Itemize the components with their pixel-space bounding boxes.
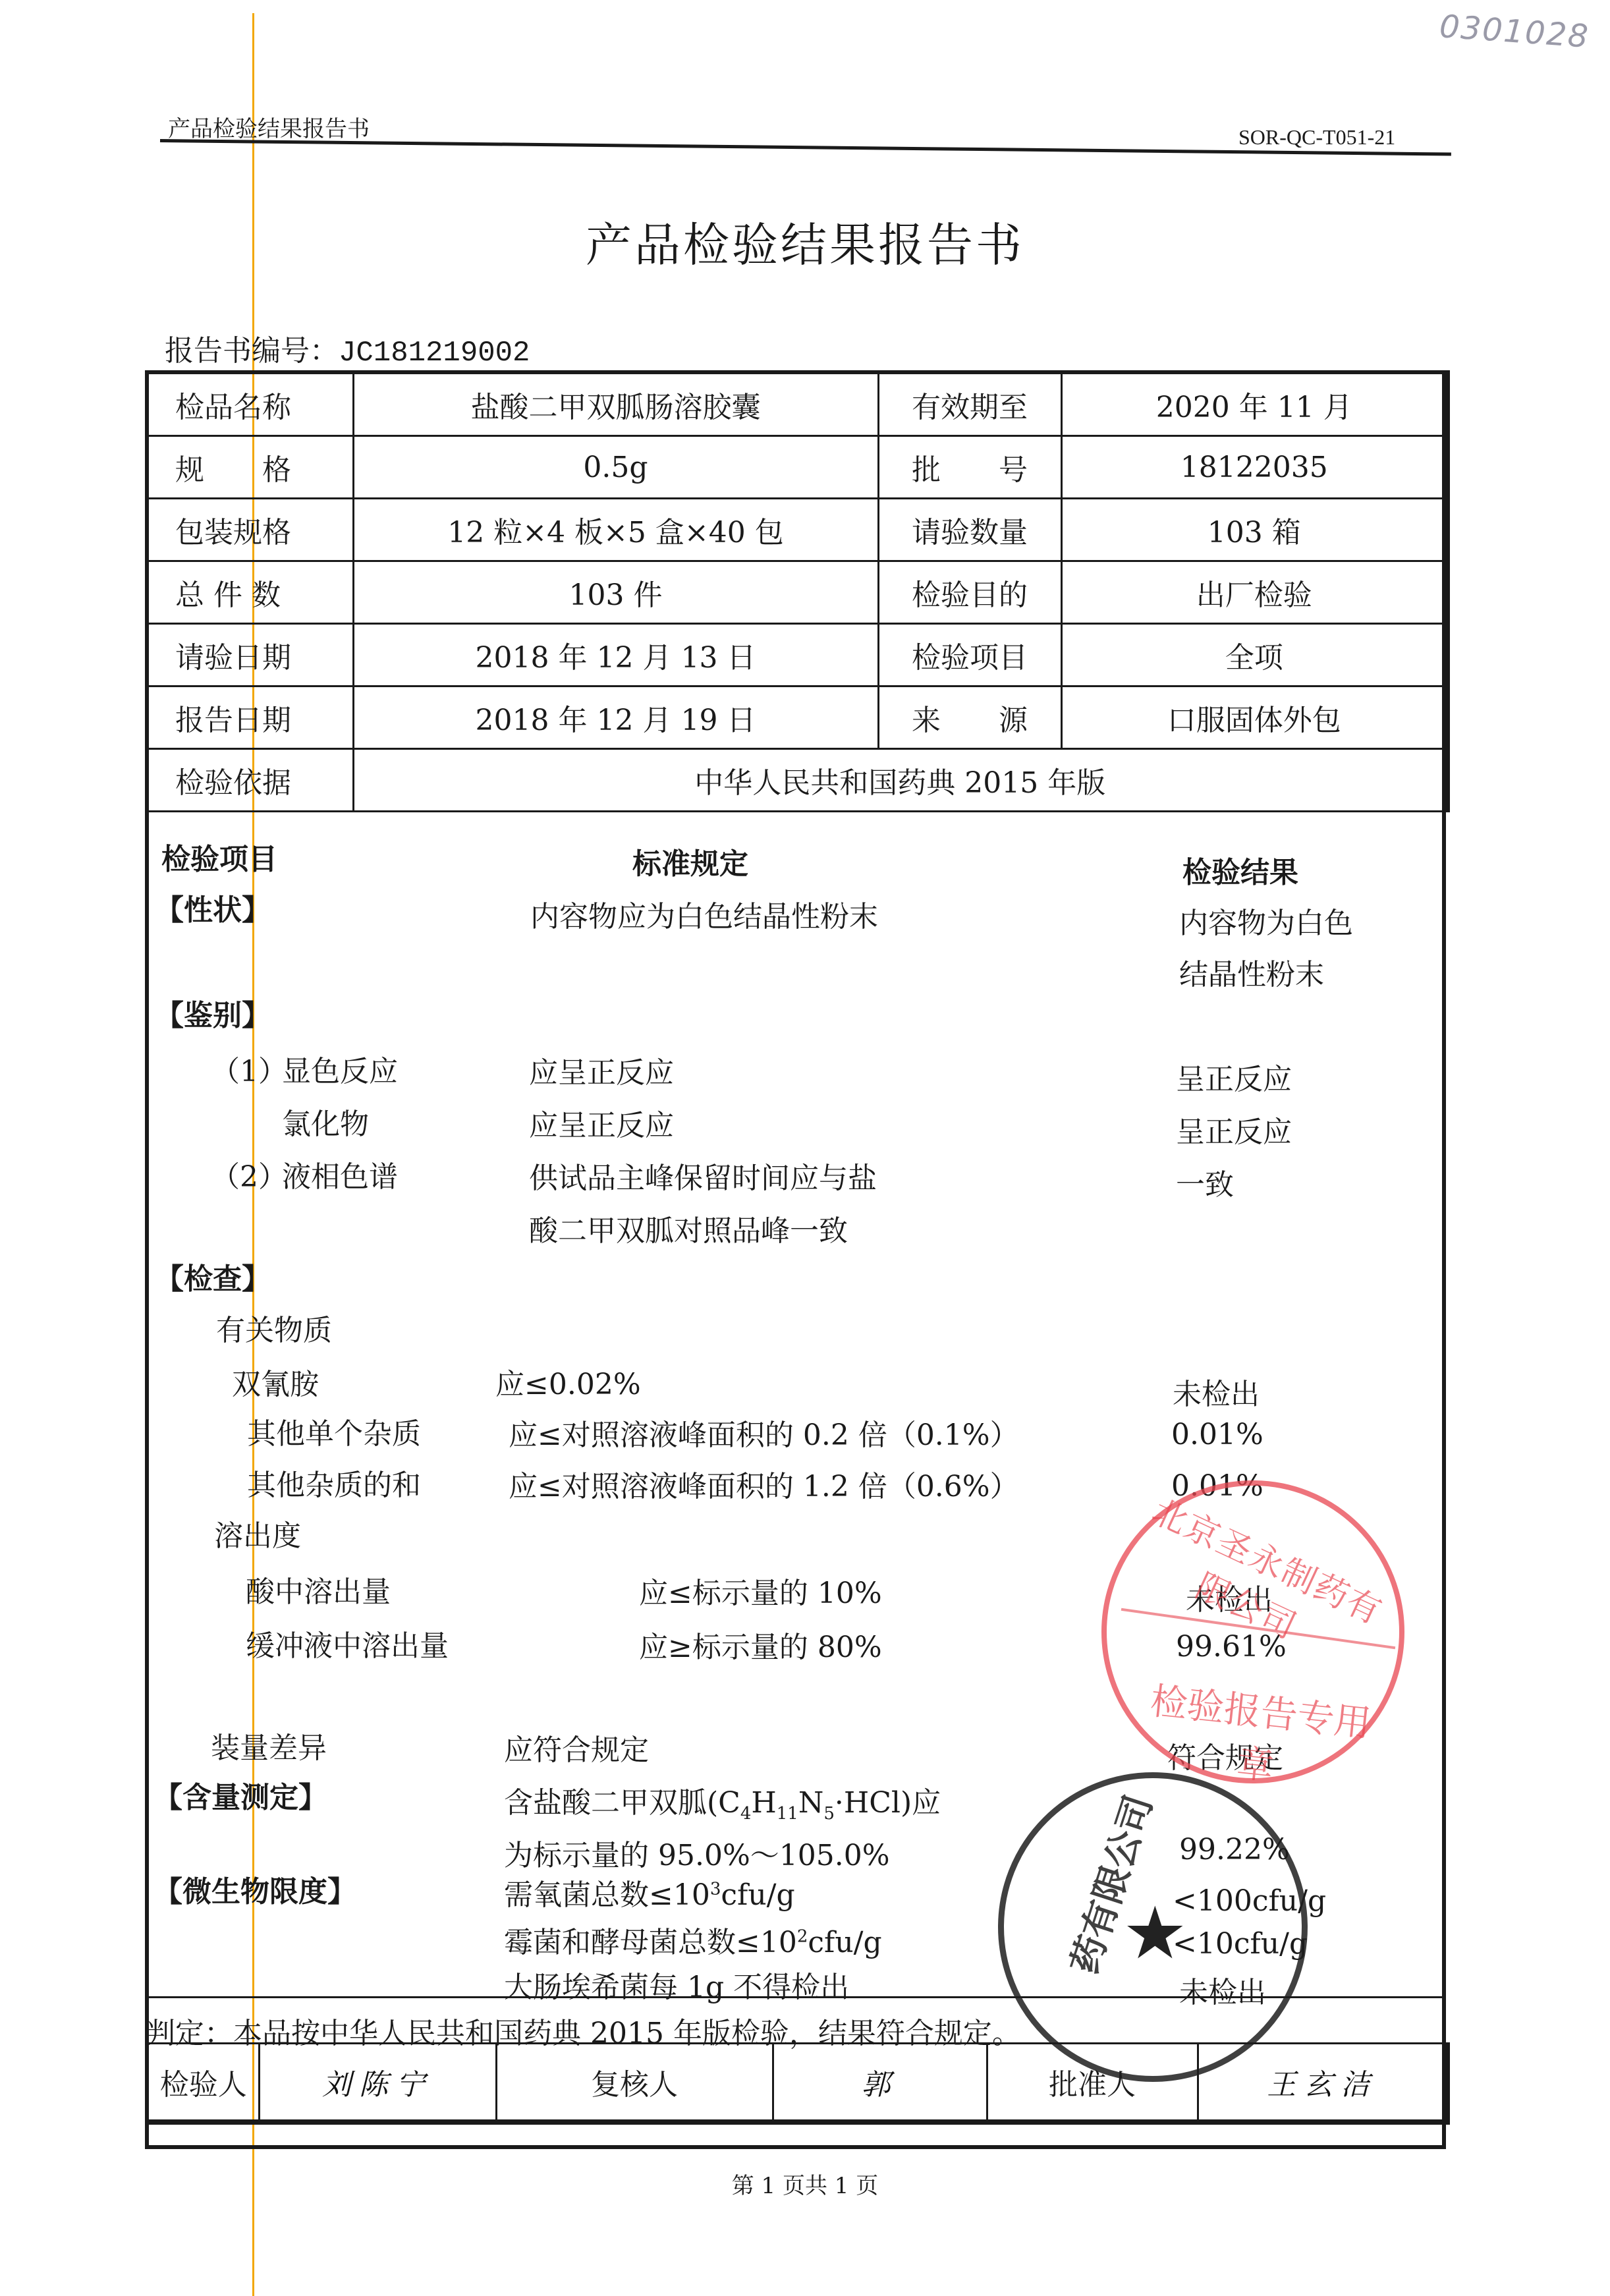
result-text: 未检出 <box>1173 1370 1260 1413</box>
exponent: 2 <box>797 1926 808 1946</box>
field-label: 规 格 <box>147 436 353 499</box>
standard-text: 需氧菌总数≤103cfu/g <box>504 1871 795 1913</box>
field-value: 出厂检验 <box>1061 561 1448 624</box>
formula-prefix: 含盐酸二甲双胍(C <box>504 1786 740 1820</box>
item-number: （2） <box>211 1153 287 1195</box>
red-seal-stamp: 北京圣永制药有限公司 检验报告专用章 <box>1101 1480 1404 1783</box>
table-row: 检验依据 中华人民共和国药典 2015 年版 <box>147 749 1448 812</box>
field-label: 报告日期 <box>147 686 353 749</box>
standard-prefix: 霉菌和酵母菌总数≤10 <box>504 1926 797 1959</box>
item-name: 液相色谱 <box>282 1153 398 1195</box>
table-row: 检品名称 盐酸二甲双胍肠溶胶囊 有效期至 2020 年 11 月 <box>147 372 1448 436</box>
star-icon: ★ <box>1123 1897 1188 1969</box>
table-row: 请验日期 2018 年 12 月 13 日 检验项目 全项 <box>147 624 1448 686</box>
standard-text: 应呈正反应 <box>529 1049 674 1091</box>
report-number-label: 报告书编号： <box>165 334 339 368</box>
standard-text: 大肠埃希菌每 1g 不得检出 <box>504 1963 849 2005</box>
info-table: 检品名称 盐酸二甲双胍肠溶胶囊 有效期至 2020 年 11 月 规 格 0.5… <box>145 370 1450 812</box>
document-code: SOR-QC-T051-21 <box>1238 125 1395 150</box>
standard-text: 含盐酸二甲双胍(C4H11N5·HCl)应 <box>504 1779 941 1824</box>
standard-prefix: 需氧菌总数≤10 <box>504 1878 710 1912</box>
column-header-standard: 标准规定 <box>632 840 748 882</box>
item-name: 装量差异 <box>211 1724 327 1766</box>
field-label: 总 件 数 <box>147 561 353 624</box>
table-row: 检验人 刘陈宁 复核人 郭 批准人 王玄洁 <box>147 2044 1448 2123</box>
exponent: 3 <box>710 1879 721 1899</box>
result-text: 呈正反应 <box>1176 1055 1292 1098</box>
field-value: 103 箱 <box>1061 499 1448 561</box>
item-name: 其他单个杂质 <box>247 1410 421 1452</box>
black-seal-stamp: ★ 药有限公司 <box>998 1772 1308 2082</box>
column-header-item: 检验项目 <box>161 835 277 878</box>
result-text: 0.01% <box>1171 1418 1263 1451</box>
standard-unit: cfu/g <box>808 1926 881 1959</box>
formula-subscript: 11 <box>777 1804 798 1824</box>
field-value: 中华人民共和国药典 2015 年版 <box>353 749 1448 812</box>
field-label: 有效期至 <box>878 372 1061 436</box>
standard-text: 应≤对照溶液峰面积的 1.2 倍（0.6%） <box>509 1463 1019 1505</box>
formula-suffix: ·HCl)应 <box>835 1786 941 1820</box>
standard-text: 为标示量的 95.0%～105.0% <box>504 1832 890 1874</box>
formula-subscript: 5 <box>823 1804 835 1824</box>
standard-text: 酸二甲双胍对照品峰一致 <box>529 1207 848 1249</box>
section-microbial-limit: 【微生物限度】 <box>153 1868 356 1910</box>
field-value: 口服固体外包 <box>1061 686 1448 749</box>
report-number: 报告书编号：JC181219002 <box>165 327 530 370</box>
field-label: 检验目的 <box>878 561 1061 624</box>
standard-text: 霉菌和酵母菌总数≤102cfu/g <box>504 1918 882 1961</box>
item-name: 显色反应 <box>282 1048 398 1090</box>
standard-text: 应呈正反应 <box>529 1102 674 1144</box>
standard-text: 供试品主峰保留时间应与盐 <box>529 1154 877 1196</box>
field-label: 请验日期 <box>147 624 353 686</box>
field-label: 请验数量 <box>878 499 1061 561</box>
standard-text: 应≤标示量的 10% <box>639 1569 882 1611</box>
item-name: 酸中溶出量 <box>246 1568 391 1610</box>
table-row: 报告日期 2018 年 12 月 19 日 来 源 口服固体外包 <box>147 686 1448 749</box>
field-value: 2018 年 12 月 13 日 <box>353 624 878 686</box>
field-value: 103 件 <box>353 561 878 624</box>
item-name: 双氰胺 <box>232 1360 319 1403</box>
table-row: 规 格 0.5g 批 号 18122035 <box>147 436 1448 499</box>
standard-text: 应符合规定 <box>504 1726 649 1768</box>
inspector-signature: 刘陈宁 <box>259 2044 496 2123</box>
formula-part: N <box>798 1786 824 1820</box>
item-number: （1） <box>211 1048 287 1090</box>
field-value: 12 粒×4 板×5 盒×40 包 <box>353 499 878 561</box>
subsection-related-substances: 有关物质 <box>216 1306 332 1349</box>
page-number: 第 1 页共 1 页 <box>0 2168 1610 2200</box>
field-value: 18122035 <box>1061 436 1448 499</box>
field-value: 2018 年 12 月 19 日 <box>353 686 878 749</box>
table-row: 包装规格 12 粒×4 板×5 盒×40 包 请验数量 103 箱 <box>147 499 1448 561</box>
page-title: 产品检验结果报告书 <box>0 208 1610 275</box>
section-identification: 【鉴别】 <box>155 992 271 1034</box>
formula-part: H <box>751 1786 776 1820</box>
result-text: 结晶性粉末 <box>1179 951 1324 993</box>
field-value: 2020 年 11 月 <box>1061 372 1448 436</box>
standard-text: 应≥标示量的 80% <box>639 1623 882 1666</box>
field-label: 检验项目 <box>878 624 1061 686</box>
field-label: 检验依据 <box>147 749 353 812</box>
reviewer-signature: 郭 <box>773 2044 987 2123</box>
field-value: 全项 <box>1061 624 1448 686</box>
field-label: 来 源 <box>878 686 1061 749</box>
standard-text: 应≤0.02% <box>495 1360 641 1403</box>
subsection-dissolution: 溶出度 <box>214 1512 301 1554</box>
column-header-result: 检验结果 <box>1182 849 1298 891</box>
standard-text: 应≤对照溶液峰面积的 0.2 倍（0.1%） <box>509 1411 1019 1453</box>
section-appearance: 【性状】 <box>155 886 271 928</box>
formula-subscript: 4 <box>740 1804 752 1824</box>
field-label: 检品名称 <box>147 372 353 436</box>
field-label: 批 号 <box>878 436 1061 499</box>
section-assay: 【含量测定】 <box>153 1774 327 1816</box>
field-label: 包装规格 <box>147 499 353 561</box>
section-inspection: 【检查】 <box>155 1255 271 1297</box>
field-value: 0.5g <box>353 436 878 499</box>
item-name: 氯化物 <box>282 1100 369 1142</box>
reviewer-label: 复核人 <box>496 2044 773 2123</box>
signature-table: 检验人 刘陈宁 复核人 郭 批准人 王玄洁 <box>145 2042 1450 2125</box>
report-number-value: JC181219002 <box>339 337 530 370</box>
item-name: 其他杂质的和 <box>247 1461 421 1503</box>
inspector-label: 检验人 <box>147 2044 259 2123</box>
result-text: 呈正反应 <box>1176 1108 1292 1150</box>
standard-unit: cfu/g <box>721 1878 794 1912</box>
field-value: 盐酸二甲双胍肠溶胶囊 <box>353 372 878 436</box>
result-text: 内容物为白色 <box>1179 899 1353 941</box>
running-header-title: 产品检验结果报告书 <box>168 111 370 143</box>
standard-text: 内容物应为白色结晶性粉末 <box>530 893 878 935</box>
result-text: 一致 <box>1176 1161 1234 1203</box>
item-name: 缓冲液中溶出量 <box>246 1622 449 1664</box>
handwritten-number: 0301028 <box>1438 8 1590 55</box>
table-row: 总 件 数 103 件 检验目的 出厂检验 <box>147 561 1448 624</box>
